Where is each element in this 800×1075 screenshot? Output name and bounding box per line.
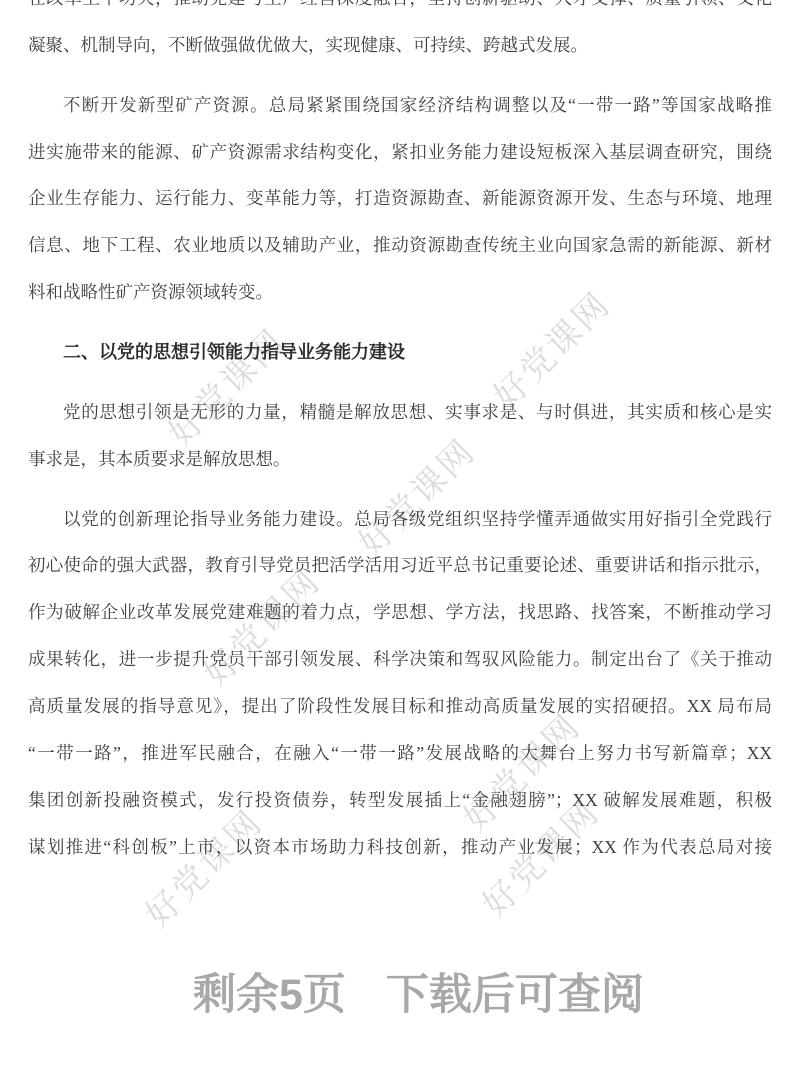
text-line: 料和战略性矿产资源领域转变。 — [28, 269, 772, 316]
text-line: 集团创新投融资模式，发行投资债券，转型发展插上“金融翅膀”；XX 破解发展难题，… — [28, 777, 772, 824]
text-line: 作为破解企业改革发展党建难题的着力点，学思想、学方法，找思路、找答案，不断推动学… — [28, 589, 772, 636]
text-line: 初心使命的强大武器，教育引导党员把活学活用习近平总书记重要论述、重要讲话和指示批… — [28, 542, 772, 589]
text-line: 党的思想引领是无形的力量，精髓是解放思想、实事求是、与时俱进，其实质和核心是实 — [28, 389, 772, 436]
paragraph: 党的思想引领是无形的力量，精髓是解放思想、实事求是、与时俱进，其实质和核心是实事… — [28, 389, 772, 483]
text-line: 企业生存能力、运行能力、变革能力等，打造资源勘查、新能源资源开发、生态与环境、地… — [28, 175, 772, 222]
text-line: 在改革上下功夫，推动党建与生产经营深度融合，坚持创新驱动、人才支撑、质量引领、文… — [28, 0, 772, 22]
download-hint-label: 下载后可查阅 — [386, 971, 644, 1019]
remaining-pages-overlay: 剩余5页下载后可查阅 — [193, 974, 644, 1017]
text-line: 不断开发新型矿产资源。总局紧紧围绕国家经济结构调整以及“一带一路”等国家战略推 — [28, 82, 772, 129]
paragraph: 以党的创新理论指导业务能力建设。总局各级党组织坚持学懂弄通做实用好指引全党践行初… — [28, 496, 772, 871]
section-heading: 二、以党的思想引领能力指导业务能力建设 — [28, 329, 772, 376]
remaining-pages-label: 剩余5页 — [193, 971, 346, 1019]
text-line: 谋划推进“科创板”上市，以资本市场助力科技创新，推动产业发展；XX 作为代表总局… — [28, 824, 772, 871]
paragraph: 不断开发新型矿产资源。总局紧紧围绕国家经济结构调整以及“一带一路”等国家战略推进… — [28, 82, 772, 316]
text-line: 成果转化，进一步提升党员干部引领发展、科学决策和驾驭风险能力。制定出台了《关于推… — [28, 636, 772, 683]
heading-line: 二、以党的思想引领能力指导业务能力建设 — [28, 329, 772, 376]
text-line: 高质量发展的指导意见》，提出了阶段性发展目标和推动高质量发展的实招硬招。XX 局… — [28, 683, 772, 730]
text-line: “一带一路”，推进军民融合，在融入“一带一路”发展战略的大舞台上努力书写新篇章；… — [28, 730, 772, 777]
text-line: 凝聚、机制导向，不断做强做优做大，实现健康、可持续、跨越式发展。 — [28, 22, 772, 69]
text-line: 进实施带来的能源、矿产资源需求结构变化，紧扣业务能力建设短板深入基层调查研究，围… — [28, 129, 772, 176]
text-line: 以党的创新理论指导业务能力建设。总局各级党组织坚持学懂弄通做实用好指引全党践行 — [28, 496, 772, 543]
document-page: 在改革上下功夫，推动党建与生产经营深度融合，坚持创新驱动、人才支撑、质量引领、文… — [28, 0, 772, 870]
text-line: 信息、地下工程、农业地质以及辅助产业，推动资源勘查传统主业向国家急需的新能源、新… — [28, 222, 772, 269]
text-line: 事求是，其本质要求是解放思想。 — [28, 436, 772, 483]
paragraph: 在改革上下功夫，推动党建与生产经营深度融合，坚持创新驱动、人才支撑、质量引领、文… — [28, 0, 772, 69]
